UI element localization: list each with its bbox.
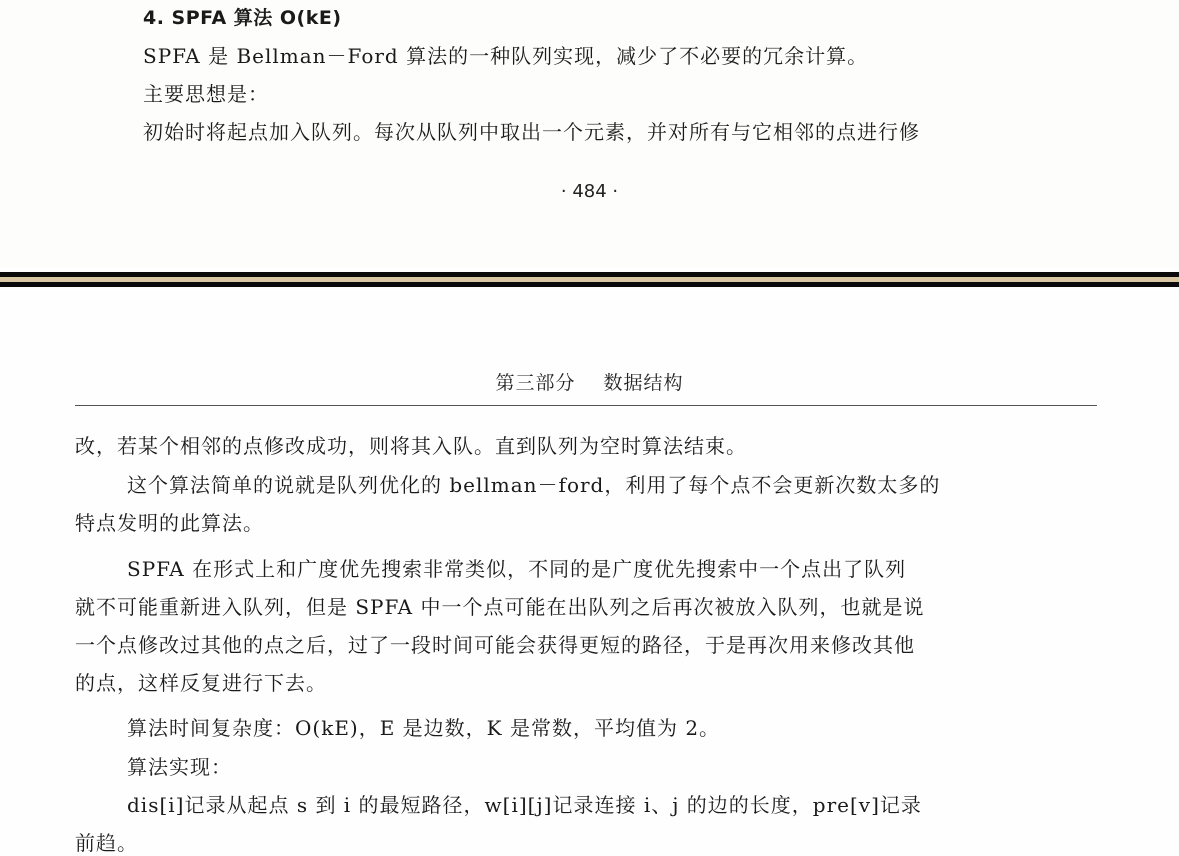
paragraph-line: 改，若某个相邻的点修改成功，则将其入队。直到队列为空时算法结束。 [75, 432, 747, 460]
section-heading: 4. SPFA 算法 O(kE) [143, 4, 342, 32]
paragraph-line: 特点发明的此算法。 [75, 509, 264, 537]
paragraph-line: SPFA 在形式上和广度优先搜索非常类似，不同的是广度优先搜索中一个点出了队列 [127, 555, 906, 583]
paragraph-line: 的点，这样反复进行下去。 [75, 669, 327, 697]
separator-black-band [0, 282, 1179, 287]
running-head-title: 数据结构 [604, 372, 684, 394]
paragraph-line: 算法实现： [127, 753, 232, 781]
paragraph-line: 就不可能重新进入队列，但是 SPFA 中一个点可能在出队列之后再次被放入队列，也… [75, 593, 924, 621]
running-head-part: 第三部分 [495, 372, 575, 394]
paragraph-line: dis[i]记录从起点 s 到 i 的最短路径，w[i][j]记录连接 i、j … [127, 791, 922, 819]
page-number: · 484 · [0, 181, 1179, 202]
paragraph-line: 算法时间复杂度：O(kE)，E 是边数，K 是常数，平均值为 2。 [127, 714, 720, 742]
paragraph-line: 主要思想是： [143, 80, 269, 108]
header-rule [75, 405, 1097, 406]
upper-page: 4. SPFA 算法 O(kE) SPFA 是 Bellman－Ford 算法的… [0, 0, 1179, 268]
paragraph-line: SPFA 是 Bellman－Ford 算法的一种队列实现，减少了不必要的冗余计… [143, 42, 868, 70]
paragraph-line: 一个点修改过其他的点之后，过了一段时间可能会获得更短的路径，于是再次用来修改其他 [75, 631, 915, 659]
paragraph-line: 前趋。 [75, 829, 138, 856]
paragraph-line: 初始时将起点加入队列。每次从队列中取出一个元素，并对所有与它相邻的点进行修 [143, 118, 920, 146]
paragraph-line: 这个算法简单的说就是队列优化的 bellman－ford，利用了每个点不会更新次… [127, 471, 940, 499]
running-head: 第三部分数据结构 [0, 368, 1179, 395]
page-separator [0, 272, 1179, 290]
